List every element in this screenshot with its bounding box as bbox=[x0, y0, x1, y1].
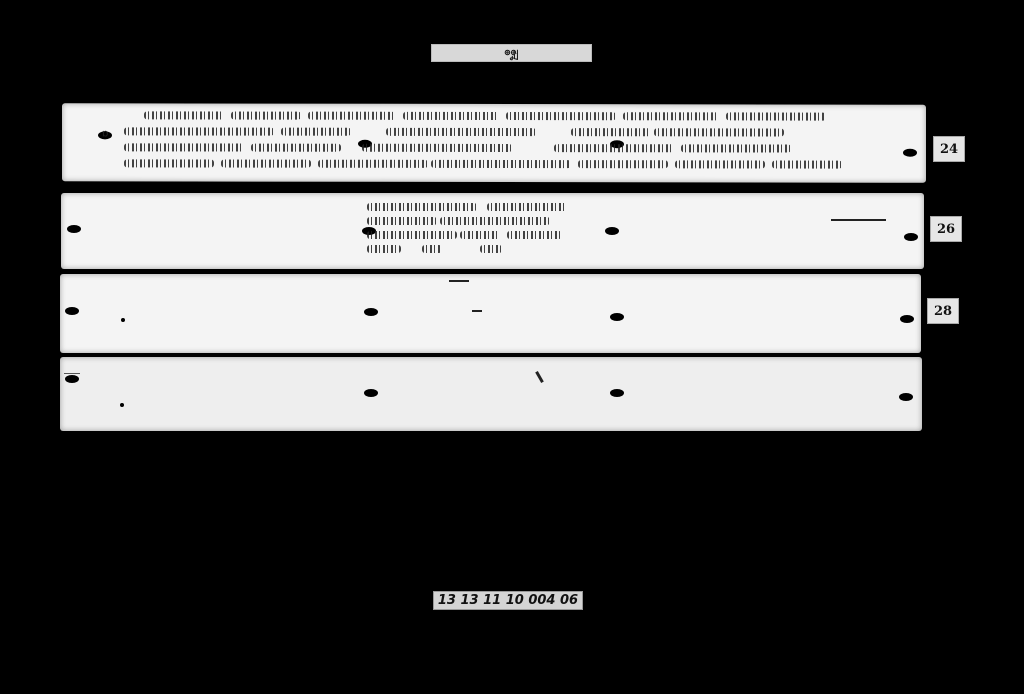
manuscript-leaf-2: [Burmese colophon line 1 — not transcrib… bbox=[61, 193, 924, 269]
pin-mark bbox=[120, 403, 124, 407]
archive-reference-label: 13 13 11 10 004 06 bbox=[433, 591, 583, 610]
manuscript-text-line bbox=[367, 243, 587, 254]
scratch-mark bbox=[449, 280, 469, 282]
binding-hole bbox=[364, 308, 378, 316]
page-number-text: 26 bbox=[937, 222, 955, 237]
scratch-mark bbox=[535, 371, 544, 383]
binding-hole bbox=[903, 149, 917, 157]
page-number-label: 28 bbox=[927, 298, 959, 324]
manuscript-leaf-3 bbox=[60, 274, 921, 353]
binding-hole bbox=[904, 233, 918, 241]
pin-mark bbox=[121, 318, 125, 322]
binding-hole bbox=[67, 225, 81, 233]
manuscript-leaf-1: ɒ [Burmese script line 1 — handwritten, … bbox=[62, 103, 926, 183]
reference-number: 13 13 11 10 004 06 bbox=[438, 593, 578, 608]
margin-mark: ɒ bbox=[102, 128, 108, 139]
scratch-mark bbox=[472, 310, 482, 312]
manuscript-text-line bbox=[124, 125, 864, 137]
manuscript-text-line bbox=[144, 109, 864, 121]
manuscript-text-line bbox=[367, 229, 587, 240]
binding-hole bbox=[65, 307, 79, 315]
binding-hole bbox=[610, 313, 624, 321]
manuscript-text-line bbox=[367, 215, 587, 226]
title-label-text: ၜၛၞ bbox=[505, 45, 519, 61]
page-number-text: 24 bbox=[940, 142, 958, 157]
binding-hole bbox=[605, 227, 619, 235]
scratch-mark bbox=[831, 219, 886, 221]
manuscript-text-line bbox=[124, 157, 864, 169]
page-number-text: 28 bbox=[934, 304, 952, 319]
manuscript-text-line bbox=[124, 141, 864, 153]
manuscript-title-label: ၜၛၞ bbox=[431, 44, 592, 62]
manuscript-leaf-4 bbox=[60, 357, 922, 431]
binding-hole bbox=[65, 375, 79, 383]
binding-hole bbox=[899, 393, 913, 401]
manuscript-text-line bbox=[367, 201, 587, 212]
binding-hole bbox=[610, 389, 624, 397]
binding-hole bbox=[364, 389, 378, 397]
page-number-label: 26 bbox=[930, 216, 962, 242]
binding-hole bbox=[900, 315, 914, 323]
page-number-label: 24 bbox=[933, 136, 965, 162]
scratch-mark bbox=[64, 373, 80, 374]
